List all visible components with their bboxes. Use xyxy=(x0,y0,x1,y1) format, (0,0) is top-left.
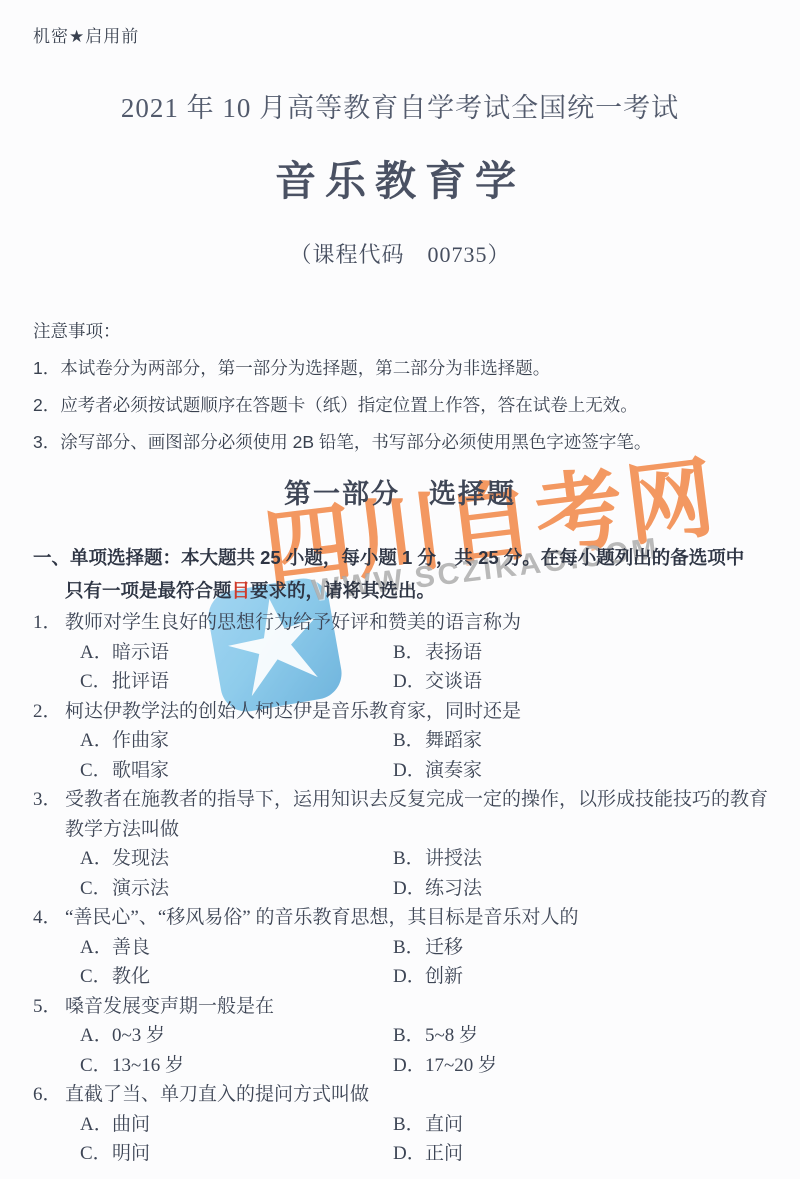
option-label: D． xyxy=(393,756,425,786)
option-text: 作曲家 xyxy=(112,730,169,751)
question-1: 1．教师对学生良好的思想行为给予好评和赞美的语言称为 A．暗示语 B．表扬语 C… xyxy=(33,608,775,697)
question-2: 2．柯达伊教学法的创始人柯达伊是音乐教育家，同时还是 A．作曲家 B．舞蹈家 C… xyxy=(33,697,775,786)
question-stem: 4．“善民心”、“移风易俗” 的音乐教育思想，其目标是音乐对人的 xyxy=(33,903,775,933)
option-c: C．歌唱家 xyxy=(80,756,393,786)
part1-heading: 第一部分 选择题 xyxy=(0,472,800,511)
part1-instruction: 一、单项选择题：本大题共 25 小题，每小题 1 分，共 25 分。在每小题列出… xyxy=(33,541,778,607)
option-text: 明问 xyxy=(112,1143,150,1164)
note-item-2: 2．应考者必须按试题顺序在答题卡（纸）指定位置上作答，答在试卷上无效。 xyxy=(33,394,773,416)
option-text: 直问 xyxy=(425,1114,463,1135)
notes-section: 注意事项： 1．本试卷分为两部分，第一部分为选择题，第二部分为非选择题。 2．应… xyxy=(33,318,773,468)
question-text: 教师对学生良好的思想行为给予好评和赞美的语言称为 xyxy=(65,612,521,633)
option-a: A．发现法 xyxy=(80,844,393,874)
option-text: 善良 xyxy=(112,937,150,958)
note-item-1: 1．本试卷分为两部分，第一部分为选择题，第二部分为非选择题。 xyxy=(33,357,773,379)
option-text: 教化 xyxy=(112,966,150,987)
question-number: 4． xyxy=(33,903,65,933)
exam-title: 2021 年 10 月高等教育自学考试全国统一考试 xyxy=(0,86,800,125)
option-label: B． xyxy=(393,726,425,756)
instruction-line-1: 一、单项选择题：本大题共 25 小题，每小题 1 分，共 25 分。在每小题列出… xyxy=(33,541,778,574)
option-text: 练习法 xyxy=(425,878,482,899)
option-text: 17~20 岁 xyxy=(425,1055,497,1076)
option-label: D． xyxy=(393,1051,425,1081)
option-text: 创新 xyxy=(425,966,463,987)
option-text: 正问 xyxy=(425,1143,463,1164)
question-options: A．作曲家 B．舞蹈家 C．歌唱家 D．演奏家 xyxy=(80,726,775,785)
subject-title: 音乐教育学 xyxy=(0,148,800,207)
question-options: A．0~3 岁 B．5~8 岁 C．13~16 岁 D．17~20 岁 xyxy=(80,1021,775,1080)
question-text: 直截了当、单刀直入的提问方式叫做 xyxy=(65,1084,369,1105)
instruction-line-2-pre: 只有一项是最符合题 xyxy=(65,580,232,601)
option-label: B． xyxy=(393,638,425,668)
option-a: A．善良 xyxy=(80,933,393,963)
option-label: C． xyxy=(80,874,112,904)
question-text: 嗓音发展变声期一般是在 xyxy=(65,996,274,1017)
option-label: A． xyxy=(80,726,112,756)
instruction-red-char: 目 xyxy=(232,580,251,601)
option-d: D．交谈语 xyxy=(393,667,775,697)
option-label: C． xyxy=(80,667,112,697)
option-label: D． xyxy=(393,874,425,904)
question-number: 1． xyxy=(33,608,65,638)
option-text: 表扬语 xyxy=(425,642,482,663)
instruction-line-2: 只有一项是最符合题目要求的，请将其选出。 xyxy=(33,574,778,607)
question-stem: 6．直截了当、单刀直入的提问方式叫做 xyxy=(33,1080,775,1110)
notes-heading: 注意事项： xyxy=(33,318,773,343)
option-a: A．0~3 岁 xyxy=(80,1021,393,1051)
option-text: 曲问 xyxy=(112,1114,150,1135)
option-text: 0~3 岁 xyxy=(112,1025,165,1046)
option-a: A．作曲家 xyxy=(80,726,393,756)
question-stem: 5．嗓音发展变声期一般是在 xyxy=(33,992,775,1022)
question-stem: 2．柯达伊教学法的创始人柯达伊是音乐教育家，同时还是 xyxy=(33,697,775,727)
option-text: 交谈语 xyxy=(425,671,482,692)
question-number: 5． xyxy=(33,992,65,1022)
option-label: A． xyxy=(80,1021,112,1051)
option-b: B．迁移 xyxy=(393,933,775,963)
question-number: 6． xyxy=(33,1080,65,1110)
option-b: B．表扬语 xyxy=(393,638,775,668)
option-label: C． xyxy=(80,962,112,992)
option-text: 发现法 xyxy=(112,848,169,869)
question-options: A．暗示语 B．表扬语 C．批评语 D．交谈语 xyxy=(80,638,775,697)
question-number: 3． xyxy=(33,785,65,815)
option-text: 迁移 xyxy=(425,937,463,958)
option-c: C．明问 xyxy=(80,1139,393,1169)
option-label: C． xyxy=(80,1051,112,1081)
option-text: 舞蹈家 xyxy=(425,730,482,751)
option-d: D．创新 xyxy=(393,962,775,992)
option-d: D．练习法 xyxy=(393,874,775,904)
option-c: C．批评语 xyxy=(80,667,393,697)
course-code: （课程代码 00735） xyxy=(0,238,800,269)
question-3: 3．受教者在施教者的指导下，运用知识去反复完成一定的操作，以形成技能技巧的教育教… xyxy=(33,785,775,903)
option-text: 演示法 xyxy=(112,878,169,899)
option-label: A． xyxy=(80,844,112,874)
question-text: “善民心”、“移风易俗” 的音乐教育思想，其目标是音乐对人的 xyxy=(65,907,578,928)
option-label: D． xyxy=(393,962,425,992)
option-label: B． xyxy=(393,1021,425,1051)
classification-label: 机密★启用前 xyxy=(33,22,139,47)
option-text: 演奏家 xyxy=(425,760,482,781)
option-text: 暗示语 xyxy=(112,642,169,663)
note-item-3: 3．涂写部分、画图部分必须使用 2B 铅笔，书写部分必须使用黑色字迹签字笔。 xyxy=(33,431,773,453)
question-options: A．曲问 B．直问 C．明问 D．正问 xyxy=(80,1110,775,1169)
option-b: B．直问 xyxy=(393,1110,775,1140)
question-text: 受教者在施教者的指导下，运用知识去反复完成一定的操作，以形成技能技巧的教育教学方… xyxy=(65,789,768,840)
option-label: A． xyxy=(80,933,112,963)
option-a: A．曲问 xyxy=(80,1110,393,1140)
option-b: B．5~8 岁 xyxy=(393,1021,775,1051)
option-label: A． xyxy=(80,1110,112,1140)
question-text: 柯达伊教学法的创始人柯达伊是音乐教育家，同时还是 xyxy=(65,701,521,722)
question-list: 1．教师对学生良好的思想行为给予好评和赞美的语言称为 A．暗示语 B．表扬语 C… xyxy=(33,608,775,1169)
option-label: A． xyxy=(80,638,112,668)
exam-paper-page: 四川自考网 WWW.SCZIKAO.COM 机密★启用前 2021 年 10 月… xyxy=(0,0,800,1179)
option-text: 批评语 xyxy=(112,671,169,692)
question-6: 6．直截了当、单刀直入的提问方式叫做 A．曲问 B．直问 C．明问 D．正问 xyxy=(33,1080,775,1169)
option-label: D． xyxy=(393,1139,425,1169)
instruction-line-2-post: 要求的，请将其选出。 xyxy=(250,580,435,601)
option-d: D．演奏家 xyxy=(393,756,775,786)
option-a: A．暗示语 xyxy=(80,638,393,668)
option-c: C．教化 xyxy=(80,962,393,992)
option-text: 歌唱家 xyxy=(112,760,169,781)
option-label: C． xyxy=(80,1139,112,1169)
option-label: B． xyxy=(393,1110,425,1140)
question-options: A．发现法 B．讲授法 C．演示法 D．练习法 xyxy=(80,844,775,903)
option-b: B．舞蹈家 xyxy=(393,726,775,756)
option-label: B． xyxy=(393,933,425,963)
option-d: D．17~20 岁 xyxy=(393,1051,775,1081)
option-label: D． xyxy=(393,667,425,697)
question-stem: 1．教师对学生良好的思想行为给予好评和赞美的语言称为 xyxy=(33,608,775,638)
question-number: 2． xyxy=(33,697,65,727)
option-text: 13~16 岁 xyxy=(112,1055,184,1076)
question-options: A．善良 B．迁移 C．教化 D．创新 xyxy=(80,933,775,992)
option-d: D．正问 xyxy=(393,1139,775,1169)
question-5: 5．嗓音发展变声期一般是在 A．0~3 岁 B．5~8 岁 C．13~16 岁 … xyxy=(33,992,775,1081)
question-stem: 3．受教者在施教者的指导下，运用知识去反复完成一定的操作，以形成技能技巧的教育教… xyxy=(33,785,775,844)
option-c: C．13~16 岁 xyxy=(80,1051,393,1081)
question-4: 4．“善民心”、“移风易俗” 的音乐教育思想，其目标是音乐对人的 A．善良 B．… xyxy=(33,903,775,992)
option-text: 讲授法 xyxy=(425,848,482,869)
option-text: 5~8 岁 xyxy=(425,1025,478,1046)
option-c: C．演示法 xyxy=(80,874,393,904)
option-label: B． xyxy=(393,844,425,874)
option-b: B．讲授法 xyxy=(393,844,775,874)
option-label: C． xyxy=(80,756,112,786)
